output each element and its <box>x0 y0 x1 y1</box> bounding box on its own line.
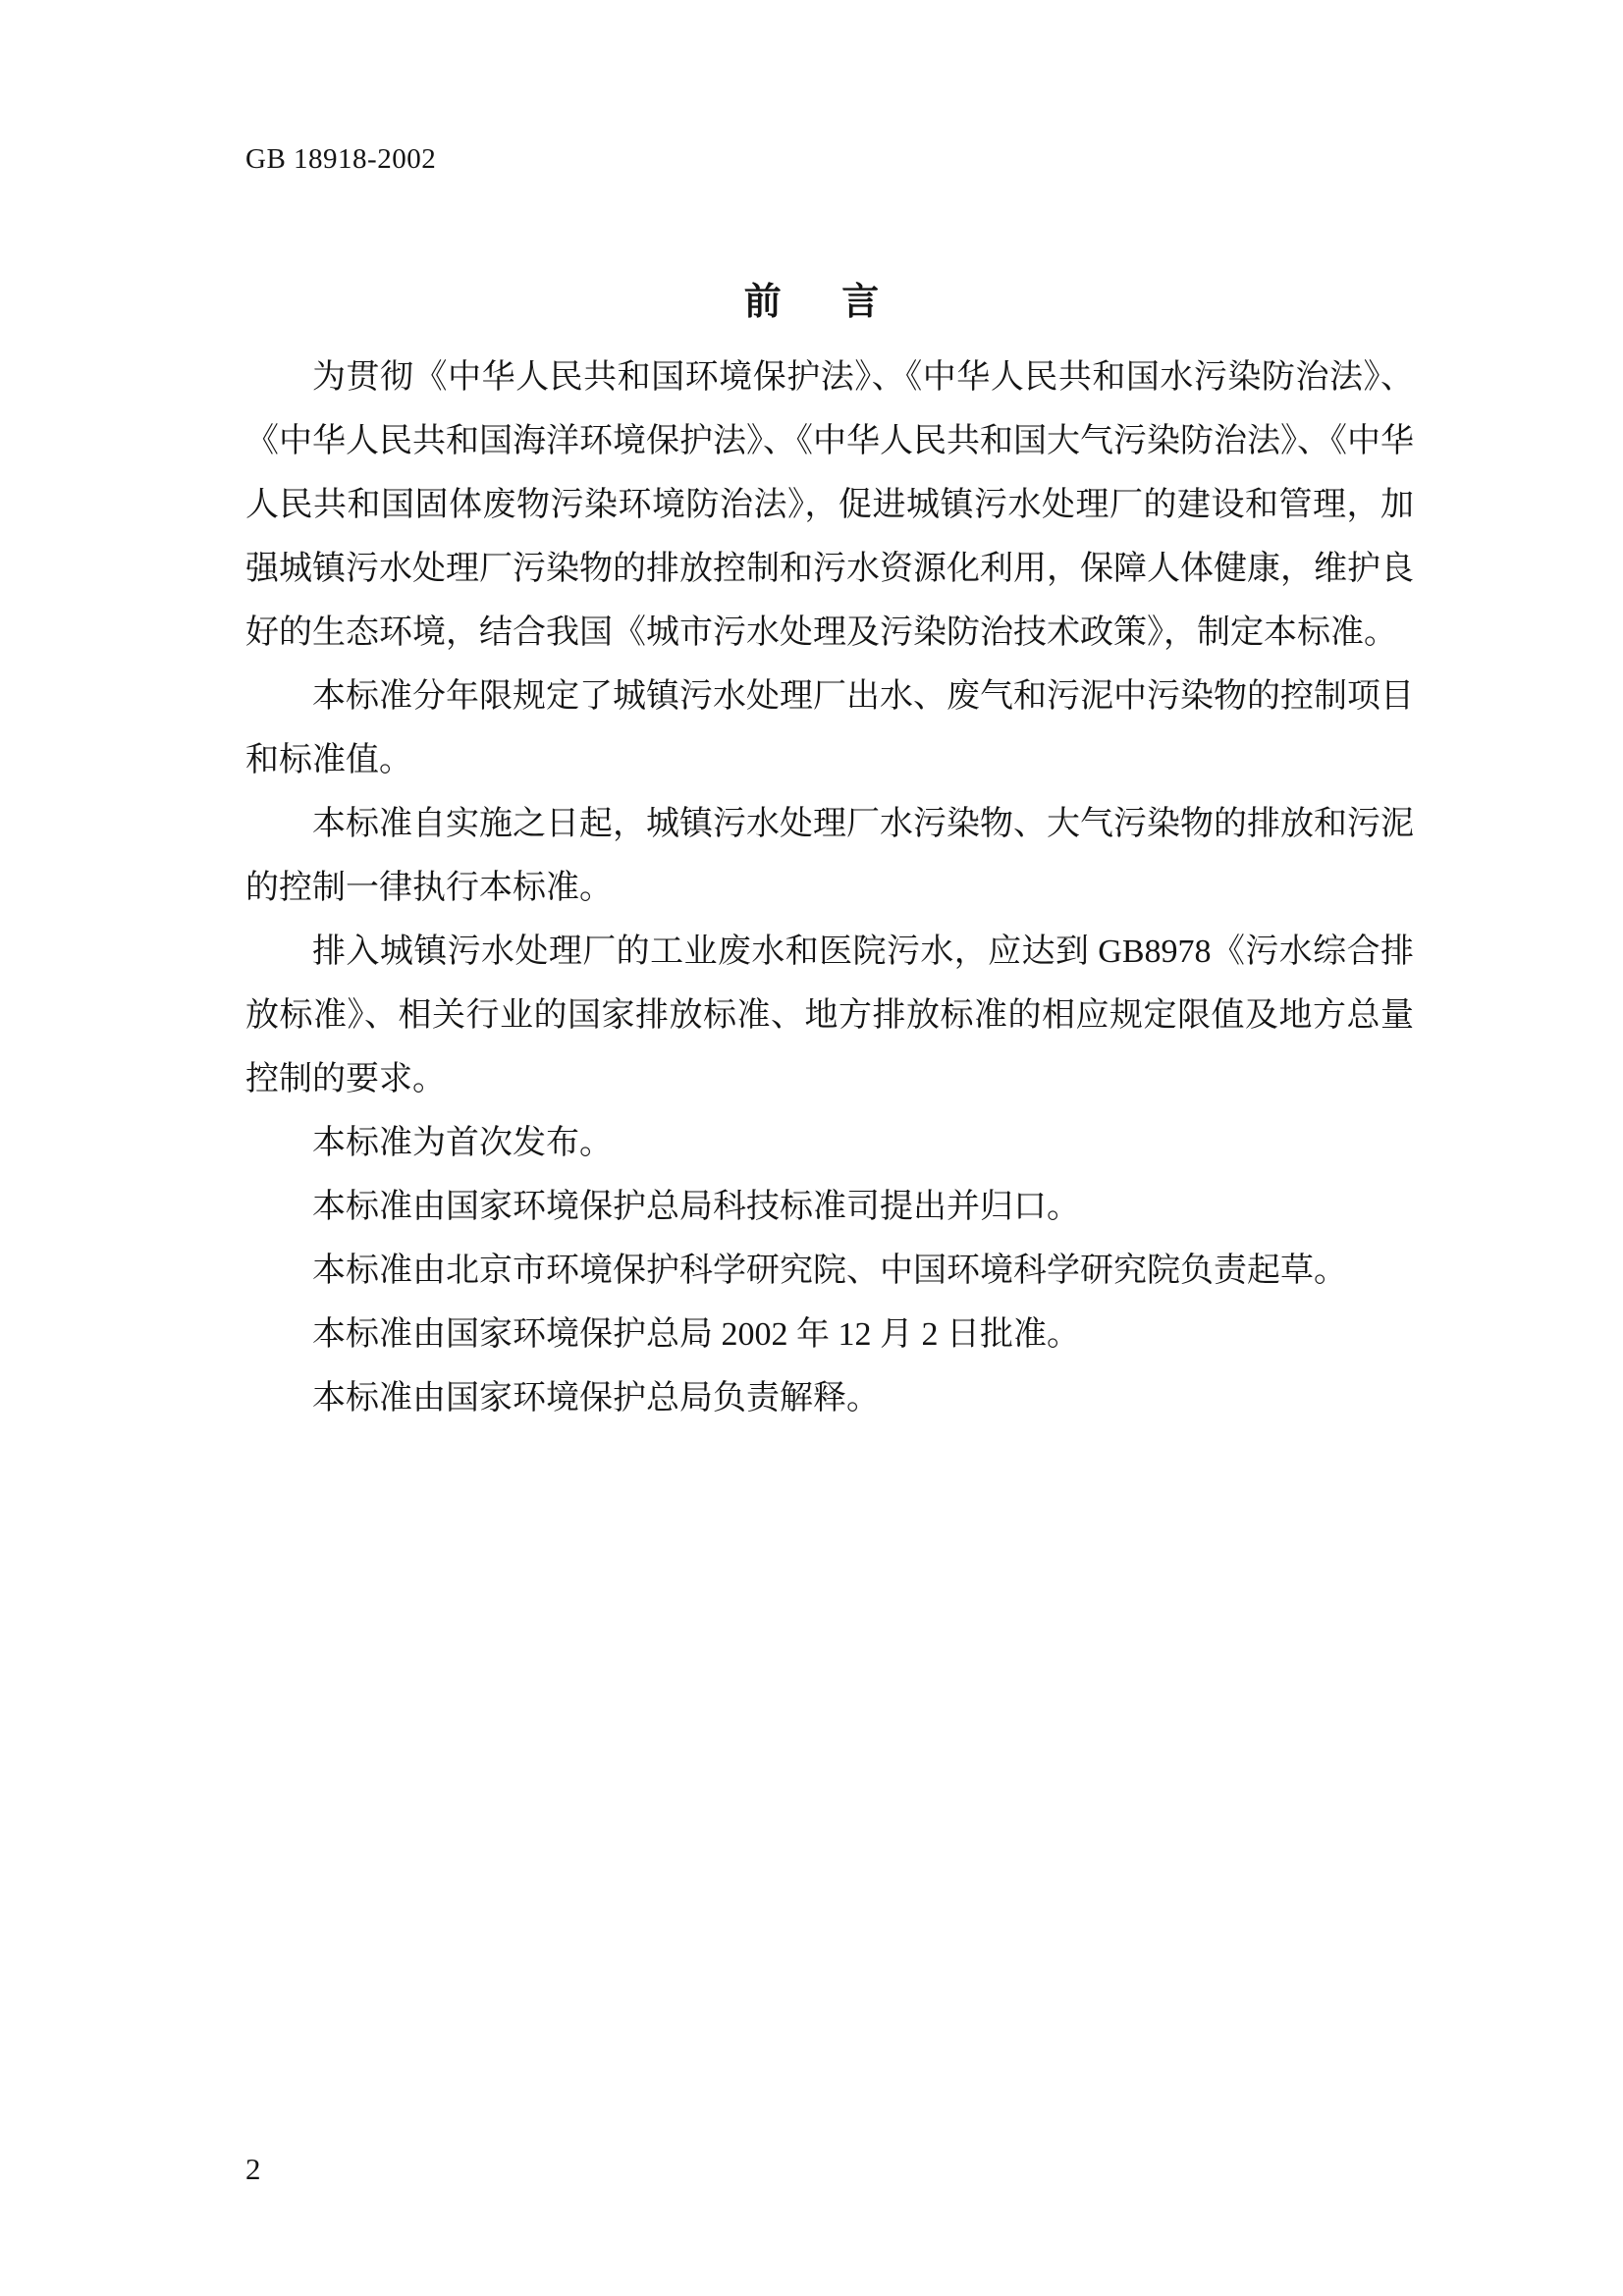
foreword-paragraph: 本标准由国家环境保护总局负责解释。 <box>245 1366 1414 1430</box>
foreword-paragraph: 本标准由国家环境保护总局科技标准司提出并归口。 <box>245 1175 1414 1239</box>
foreword-paragraph: 为贯彻《中华人民共和国环境保护法》、《中华人民共和国水污染防治法》、《中华人民共… <box>245 346 1414 665</box>
foreword-paragraph: 本标准分年限规定了城镇污水处理厂出水、废气和污泥中污染物的控制项目和标准值。 <box>245 665 1414 792</box>
foreword-paragraph: 本标准自实施之日起，城镇污水处理厂水污染物、大气污染物的排放和污泥的控制一律执行… <box>245 792 1414 920</box>
foreword-paragraph: 排入城镇污水处理厂的工业废水和医院污水，应达到 GB8978《污水综合排放标准》… <box>245 920 1414 1111</box>
page-title: 前 言 <box>0 271 1623 325</box>
document-page: GB 18918-2002 前 言 为贯彻《中华人民共和国环境保护法》、《中华人… <box>0 0 1623 2296</box>
foreword-body: 为贯彻《中华人民共和国环境保护法》、《中华人民共和国水污染防治法》、《中华人民共… <box>245 346 1414 1430</box>
foreword-paragraph: 本标准由国家环境保护总局 2002 年 12 月 2 日批准。 <box>245 1303 1414 1366</box>
foreword-paragraph: 本标准为首次发布。 <box>245 1111 1414 1175</box>
doc-number: GB 18918-2002 <box>245 143 436 176</box>
page-number: 2 <box>245 2152 261 2187</box>
foreword-paragraph: 本标准由北京市环境保护科学研究院、中国环境科学研究院负责起草。 <box>245 1239 1414 1303</box>
